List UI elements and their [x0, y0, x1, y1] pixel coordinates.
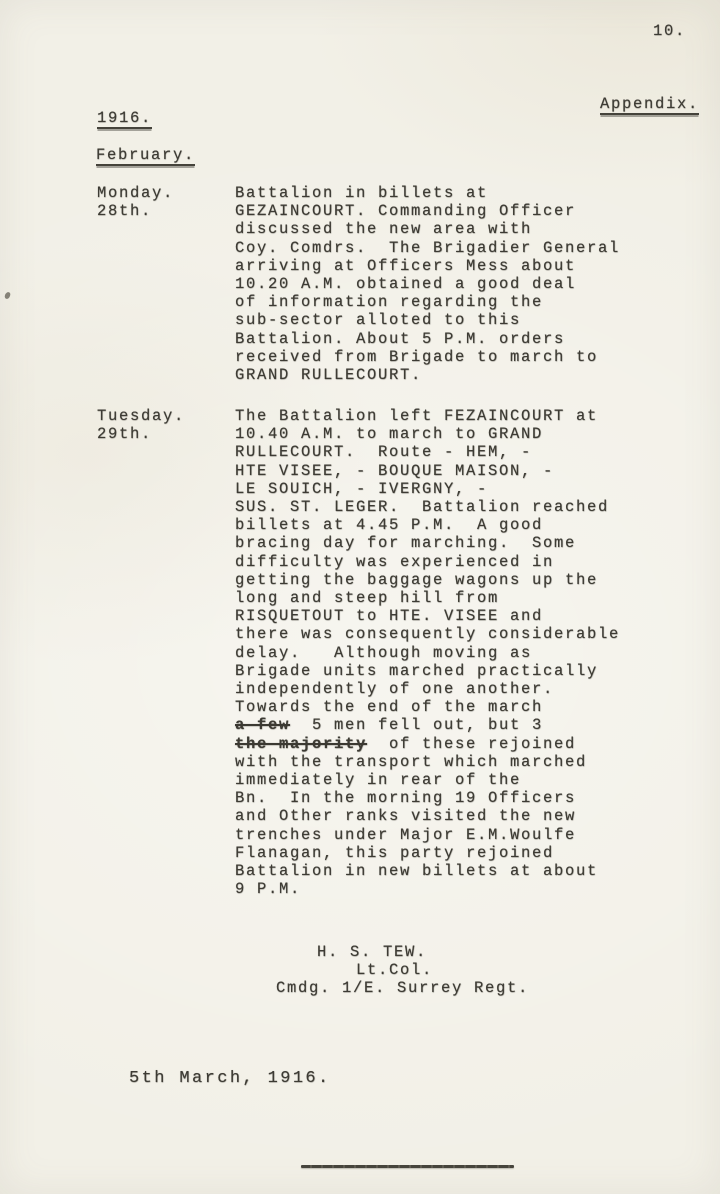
entry-tuesday-29-body-part2: with the transport which marched immedia… [235, 753, 598, 898]
struck-text-the-majority: the majority [235, 735, 367, 753]
year-heading: 1916. [97, 109, 152, 129]
appendix-heading-text: Appendix. [600, 95, 699, 115]
signature-title: Cmdg. 1/E. Surrey Regt. [276, 979, 529, 997]
entry-monday-28-day-label: Monday. 28th. [97, 184, 237, 220]
entry-monday-28-body: Battalion in billets at GEZAINCOURT. Com… [235, 184, 655, 384]
bottom-rule [301, 1165, 514, 1168]
paper-speck [4, 291, 11, 299]
page-number: 10. [653, 22, 686, 40]
entry-tuesday-29-after-strike1: 5 men fell out, but 3 [290, 716, 543, 734]
year-heading-text: 1916. [97, 109, 152, 129]
signature-rank: Lt.Col. [356, 961, 433, 979]
war-diary-page: 10. Appendix. 1916. February. Monday. 28… [0, 0, 720, 1194]
entry-tuesday-29-day-label: Tuesday. 29th. [97, 407, 237, 443]
entry-tuesday-29-body-part1: The Battalion left FEZAINCOURT at 10.40 … [235, 407, 620, 716]
entry-tuesday-29-after-strike2: of these rejoined [367, 735, 576, 753]
signature-name: H. S. TEW. [317, 943, 427, 961]
dateline: 5th March, 1916. [129, 1070, 331, 1088]
struck-text-a-few: a few [235, 716, 290, 734]
month-heading: February. [96, 146, 195, 166]
entry-tuesday-29-body: The Battalion left FEZAINCOURT at 10.40 … [235, 407, 655, 898]
appendix-heading: Appendix. [600, 95, 699, 115]
month-heading-text: February. [96, 146, 195, 166]
